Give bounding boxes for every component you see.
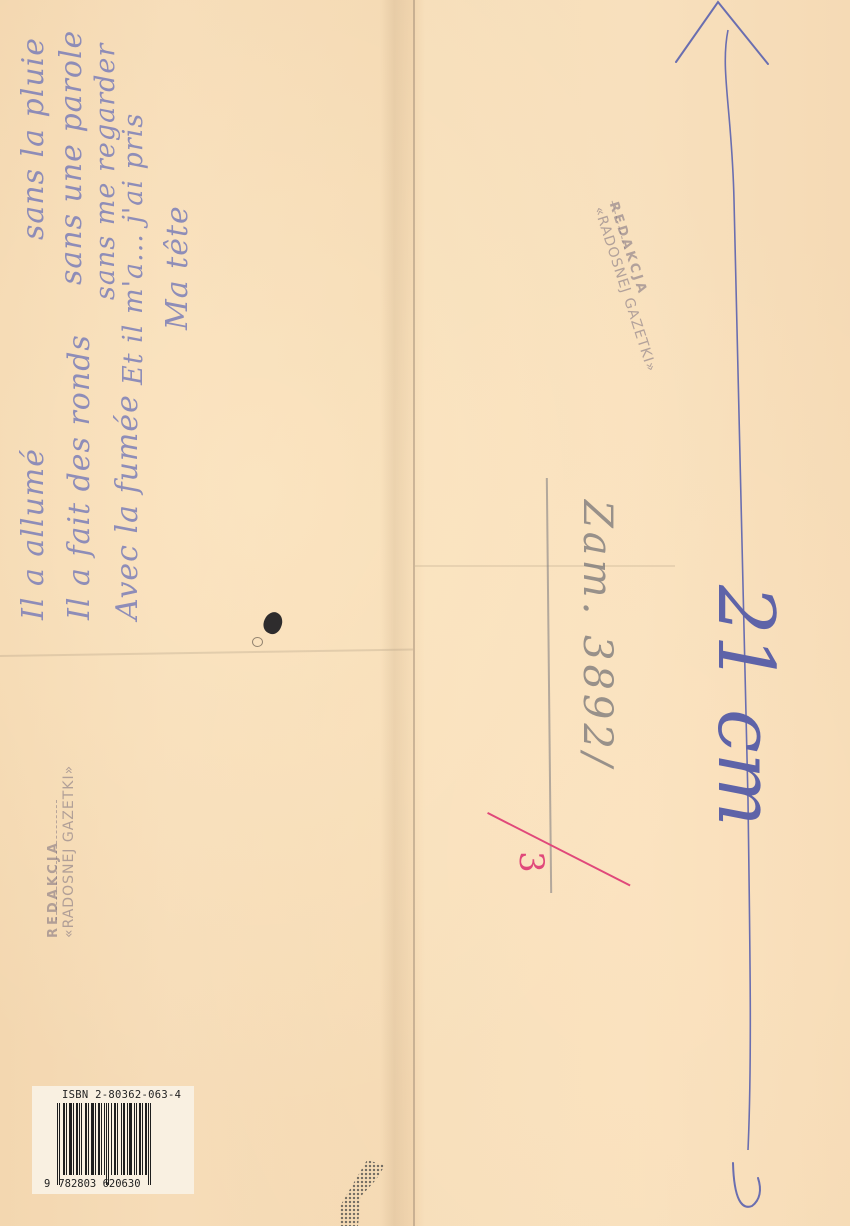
ean-number: 9782803 620630 (44, 1178, 141, 1190)
ean-first-digit: 9 (44, 1178, 50, 1190)
ean-right-group: 620630 (103, 1178, 141, 1190)
measurement-label: 21 cm (700, 585, 790, 827)
isbn-barcode: ISBN 2-80362-063-4 9782803 620630 (32, 1086, 194, 1194)
ean-left-group: 782803 (58, 1178, 96, 1190)
book-back-cover: Il a allumé sans la pluie Il a fait des … (0, 0, 850, 1226)
ink-ring (252, 637, 263, 647)
barcode-icon (57, 1103, 170, 1179)
isbn-label: ISBN 2-80362-063-4 (62, 1089, 181, 1101)
